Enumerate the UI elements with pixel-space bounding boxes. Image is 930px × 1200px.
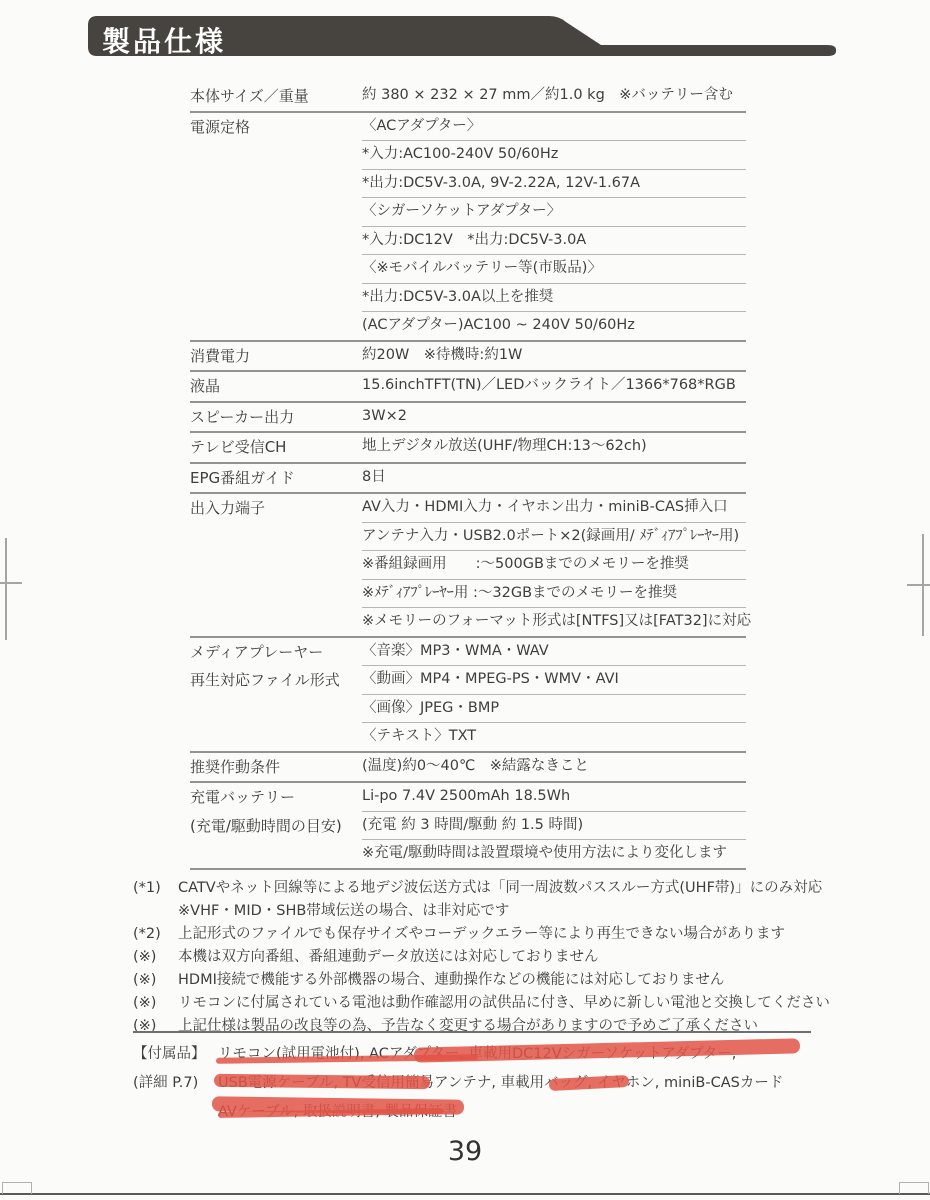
- spec-values: 地上デジタル放送(UHF/物理CH:13〜62ch): [362, 433, 746, 462]
- spec-value: Li-po 7.4V 2500mAh 18.5Wh: [362, 783, 746, 811]
- section-header-banner: 製品仕様: [88, 16, 836, 58]
- footnote: (※) 上記仕様は製品の改良等の為、予告なく変更する場合がありますので予めご了承…: [133, 1015, 833, 1038]
- crop-mark: [899, 1182, 929, 1194]
- spec-label: 消費電力: [190, 342, 362, 371]
- spec-value: 15.6inchTFT(TN)／LEDバックライト／1366*768*RGB: [362, 372, 746, 400]
- spec-row-epg: EPG番組ガイド 8日: [190, 464, 746, 495]
- spec-value: 〈音楽〉MP3・WMA・WAV: [362, 638, 746, 666]
- page-title: 製品仕様: [102, 20, 226, 60]
- spec-row-body-size: 本体サイズ／重量 約 380 × 232 × 27 mm／約1.0 kg ※バッ…: [190, 82, 746, 113]
- spec-value: ※番組録画用 :〜500GBまでのメモリーを推奨: [362, 550, 746, 579]
- spec-label: 推奨作動条件: [190, 753, 362, 782]
- crop-mark: [0, 582, 22, 584]
- spec-value: 約 380 × 232 × 27 mm／約1.0 kg ※バッテリー含む: [362, 82, 746, 110]
- crop-mark: [907, 584, 930, 586]
- spec-value: ※充電/駆動時間は設置環境や使用方法により変化します: [362, 839, 746, 868]
- spec-value: 〈画像〉JPEG・BMP: [362, 694, 746, 723]
- spec-values: 約 380 × 232 × 27 mm／約1.0 kg ※バッテリー含む: [362, 82, 746, 111]
- spec-value: 地上デジタル放送(UHF/物理CH:13〜62ch): [362, 433, 746, 461]
- footnotes: (*1) CATVやネット回線等による地デジ波伝送方式は「同一周波数パススルー方…: [133, 877, 833, 1038]
- spec-row-power-consumption: 消費電力 約20W ※待機時:約1W: [190, 342, 746, 373]
- spec-value: AV入力・HDMI入力・イヤホン出力・miniB-CAS挿入口: [362, 494, 746, 522]
- crop-mark: [2, 1182, 32, 1194]
- spec-value: (ACアダプター)AC100 ~ 240V 50/60Hz: [362, 311, 746, 340]
- spec-value: 8日: [362, 464, 746, 492]
- page-bottom-rule: [0, 1193, 930, 1195]
- spec-values: 3W×2: [362, 403, 746, 432]
- spec-value: *入力:AC100-240V 50/60Hz: [362, 140, 746, 169]
- spec-row-operating-conditions: 推奨作動条件 (温度)約0〜40℃ ※結露なきこと: [190, 753, 746, 784]
- spec-label: 充電バッテリー (充電/駆動時間の目安): [190, 783, 362, 868]
- spec-row-battery: 充電バッテリー (充電/駆動時間の目安) Li-po 7.4V 2500mAh …: [190, 783, 746, 870]
- spec-row-lcd: 液晶 15.6inchTFT(TN)／LEDバックライト／1366*768*RG…: [190, 372, 746, 403]
- spec-values: 約20W ※待機時:約1W: [362, 342, 746, 371]
- footnote: (※) リモコンに付属されている電池は動作確認用の試供品に付き、早めに新しい電池…: [133, 992, 833, 1015]
- spec-value: *出力:DC5V-3.0A以上を推奨: [362, 283, 746, 312]
- spec-row-tv-channel: テレビ受信CH 地上デジタル放送(UHF/物理CH:13〜62ch): [190, 433, 746, 464]
- page-number: 39: [0, 1136, 930, 1167]
- footnote: (*2) 上記形式のファイルでも保存サイズやコーデックエラー等により再生できない…: [133, 923, 833, 946]
- spec-value: (充電 約 3 時間/駆動 約 1.5 時間): [362, 811, 746, 840]
- accessories-label: 【付属品】 (詳細 P.7): [133, 1040, 218, 1127]
- spec-label: テレビ受信CH: [190, 433, 362, 462]
- spec-value: 〈※モバイルバッテリー等(市販品)〉: [362, 254, 746, 283]
- spec-label: EPG番組ガイド: [190, 464, 362, 493]
- spec-value: ※ﾒﾃﾞｨｱﾌﾟﾚｰﾔｰ用 :〜32GBまでのメモリーを推奨: [362, 579, 746, 608]
- spec-value: 約20W ※待機時:約1W: [362, 342, 746, 370]
- spec-value: アンテナ入力・USB2.0ポート×2(録画用/ ﾒﾃﾞｨｱﾌﾟﾚｰﾔｰ用): [362, 522, 746, 551]
- red-strikethrough-mark: [214, 1074, 430, 1089]
- spec-values: (温度)約0〜40℃ ※結露なきこと: [362, 753, 746, 782]
- footnote: (*1) CATVやネット回線等による地デジ波伝送方式は「同一周波数パススルー方…: [133, 877, 833, 923]
- spec-value: ※メモリーのフォーマット形式は[NTFS]又は[FAT32]に対応: [362, 607, 746, 636]
- spec-value: 〈シガーソケットアダプター〉: [362, 197, 746, 226]
- spec-value: *入力:DC12V *出力:DC5V-3.0A: [362, 226, 746, 255]
- spec-values: 〈音楽〉MP3・WMA・WAV 〈動画〉MP4・MPEG-PS・WMV・AVI …: [362, 638, 746, 751]
- spec-values: 8日: [362, 464, 746, 493]
- spec-label: メディアプレーヤー 再生対応ファイル形式: [190, 638, 362, 751]
- spec-value: *出力:DC5V-3.0A, 9V-2.22A, 12V-1.67A: [362, 169, 746, 198]
- accessories-divider: [133, 1031, 811, 1033]
- spec-value: 〈動画〉MP4・MPEG-PS・WMV・AVI: [362, 665, 746, 694]
- spec-values: AV入力・HDMI入力・イヤホン出力・miniB-CAS挿入口 アンテナ入力・U…: [362, 494, 746, 636]
- spec-values: 〈ACアダプター〉 *入力:AC100-240V 50/60Hz *出力:DC5…: [362, 113, 746, 340]
- spec-value: 〈テキスト〉TXT: [362, 722, 746, 751]
- spec-values: Li-po 7.4V 2500mAh 18.5Wh (充電 約 3 時間/駆動 …: [362, 783, 746, 868]
- spec-row-speaker: スピーカー出力 3W×2: [190, 403, 746, 434]
- spec-row-io-terminals: 出入力端子 AV入力・HDMI入力・イヤホン出力・miniB-CAS挿入口 アン…: [190, 494, 746, 638]
- spec-label: 本体サイズ／重量: [190, 82, 362, 111]
- spec-label: スピーカー出力: [190, 403, 362, 432]
- spec-values: 15.6inchTFT(TN)／LEDバックライト／1366*768*RGB: [362, 372, 746, 401]
- spec-table: 本体サイズ／重量 約 380 × 232 × 27 mm／約1.0 kg ※バッ…: [190, 82, 746, 870]
- spec-value: 3W×2: [362, 403, 746, 431]
- footnote: (※) HDMI接続で機能する外部機器の場合、連動操作などの機能には対応しており…: [133, 969, 833, 992]
- spec-label: 出入力端子: [190, 494, 362, 636]
- spec-value: (温度)約0〜40℃ ※結露なきこと: [362, 753, 746, 781]
- footnote: (※) 本機は双方向番組、番組連動データ放送には対応しておりません: [133, 946, 833, 969]
- spec-row-media-player: メディアプレーヤー 再生対応ファイル形式 〈音楽〉MP3・WMA・WAV 〈動画…: [190, 638, 746, 753]
- crop-mark: [5, 538, 7, 640]
- spec-row-power-rating: 電源定格 〈ACアダプター〉 *入力:AC100-240V 50/60Hz *出…: [190, 113, 746, 342]
- spec-label: 液晶: [190, 372, 362, 401]
- spec-label: 電源定格: [190, 113, 362, 340]
- spec-value: 〈ACアダプター〉: [362, 113, 746, 141]
